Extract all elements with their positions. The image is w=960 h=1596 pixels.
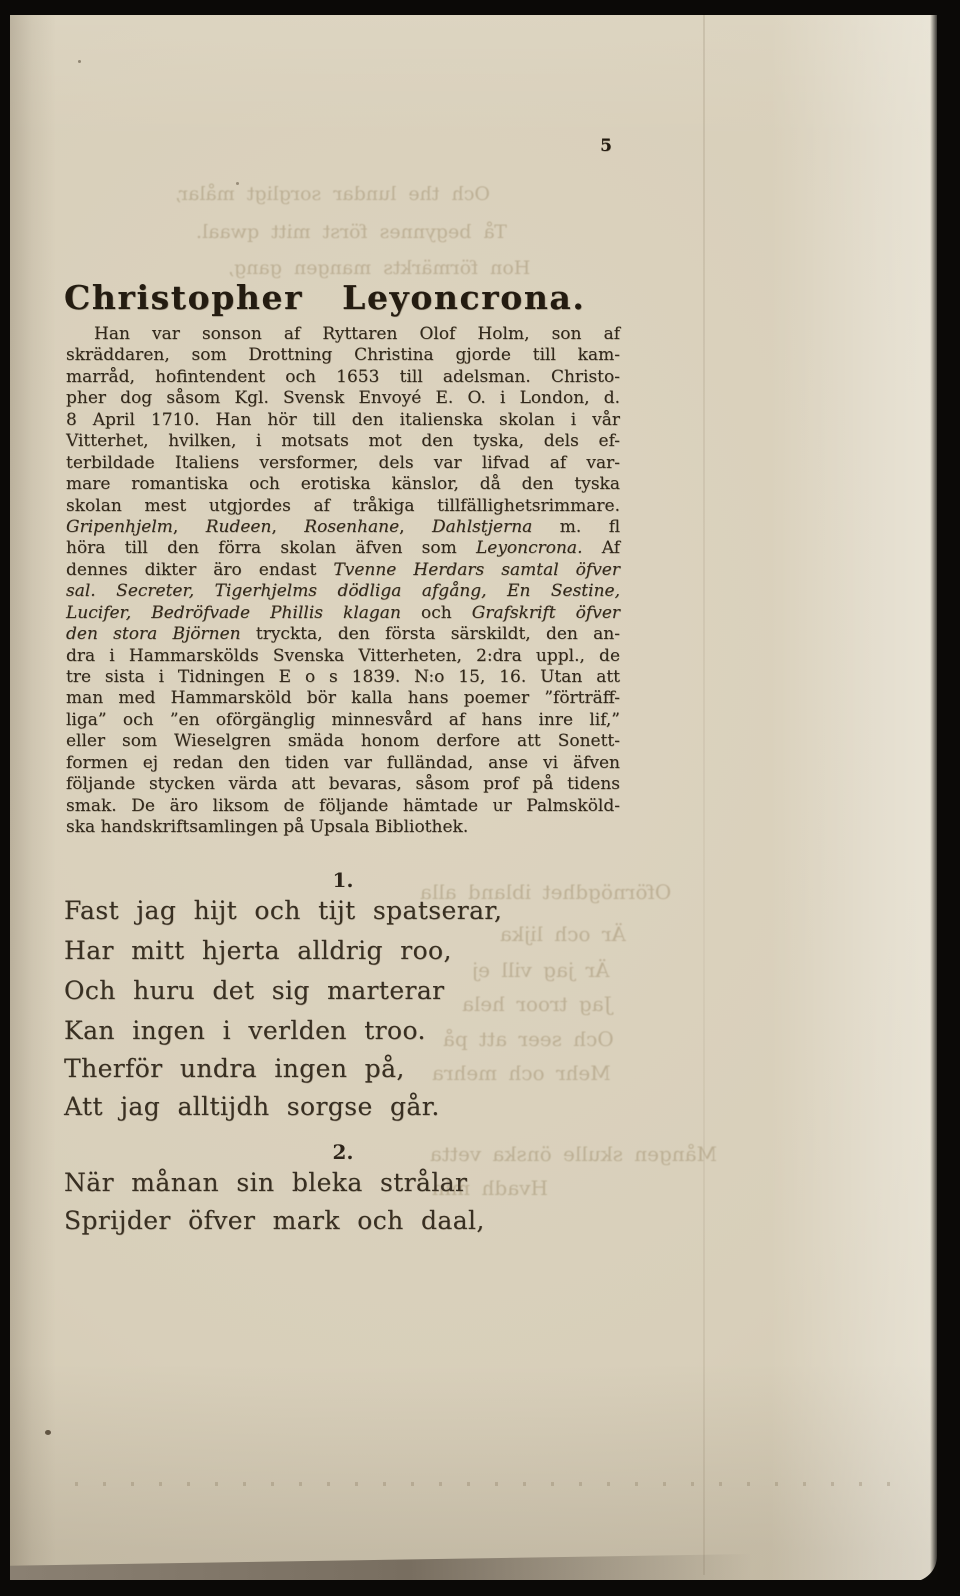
poem-number: 2. bbox=[66, 1140, 620, 1164]
text-segment: liga” och ”en oförgänglig minnesvård af … bbox=[66, 710, 620, 730]
verse-line: Kan ingen i verlden troo. bbox=[64, 1016, 684, 1045]
paragraph-line: Han var sonson af Ryttaren Olof Holm, so… bbox=[66, 324, 620, 345]
text-segment: Dahlstjerna bbox=[432, 517, 532, 537]
text-segment: skräddaren, som Drottning Christina gjor… bbox=[66, 345, 620, 365]
ghost-bleed-line: Och the lundar sorgligt målar, bbox=[175, 183, 490, 205]
text-segment: marråd, hofintendent och 1653 till adels… bbox=[66, 367, 620, 387]
scan-border-bottom bbox=[0, 1580, 960, 1596]
text-segment: tre sista i Tidningen E o s 1839. N:o 15… bbox=[66, 667, 620, 687]
verse-line: Sprijder öfver mark och daal, bbox=[64, 1206, 684, 1235]
text-segment: och bbox=[401, 603, 472, 623]
text-segment: , bbox=[271, 517, 304, 537]
paragraph-line: 8 April 1710. Han hör till den italiensk… bbox=[66, 410, 620, 431]
text-segment: Leyoncrona. bbox=[476, 538, 583, 558]
text-segment: sal. Secreter, Tigerhjelms dödliga afgån… bbox=[66, 581, 620, 601]
paragraph-line: följande stycken värda att bevaras, såso… bbox=[66, 774, 620, 795]
text-segment: Lucifer, Bedröfvade Phillis klagan bbox=[66, 603, 401, 623]
paragraph-line: skolan mest utgjordes af tråkiga tillfäl… bbox=[66, 496, 620, 517]
text-segment: höra till den förra skolan äfven som bbox=[66, 538, 476, 558]
scan-border-right bbox=[930, 0, 960, 1596]
page-number: 5 bbox=[586, 136, 626, 156]
text-segment: Rosenhane bbox=[304, 517, 399, 537]
paragraph-line: liga” och ”en oförgänglig minnesvård af … bbox=[66, 710, 620, 731]
paragraph-line: dennes dikter äro endast Tvenne Herdars … bbox=[66, 560, 620, 581]
paragraph-line: mare romantiska och erotiska känslor, då… bbox=[66, 474, 620, 495]
text-segment: eller som Wieselgren smäda honom derfore… bbox=[66, 731, 620, 751]
text-segment: dra i Hammarskölds Svenska Vitterheten, … bbox=[66, 646, 620, 666]
text-segment: skolan mest utgjordes af tråkiga tillfäl… bbox=[66, 496, 620, 516]
verse-line: Har mitt hjerta alldrig roo, bbox=[64, 936, 684, 965]
paragraph-line: tre sista i Tidningen E o s 1839. N:o 15… bbox=[66, 667, 620, 688]
paragraph-line: smak. De äro liksom de följande hämtade … bbox=[66, 796, 620, 817]
paper-crease bbox=[703, 15, 705, 1575]
paragraph-line: höra till den förra skolan äfven som Ley… bbox=[66, 538, 620, 559]
text-segment: 8 April 1710. Han hör till den italiensk… bbox=[66, 410, 620, 430]
ghost-bleed-line: Hon förmärkts mangen gang, bbox=[228, 257, 530, 279]
paragraph-line: sal. Secreter, Tigerhjelms dödliga afgån… bbox=[66, 581, 620, 602]
ghost-bleed-line: Tå begynnes först mitt qwaal. bbox=[196, 221, 507, 243]
text-segment: m. fl bbox=[532, 517, 620, 537]
ink-speck bbox=[78, 60, 81, 63]
text-segment: smak. De äro liksom de följande hämtade … bbox=[66, 796, 620, 816]
verse-line: När månan sin bleka strålar bbox=[64, 1168, 684, 1197]
page-title: Christopher Leyoncrona. bbox=[64, 278, 624, 317]
scan-border-top bbox=[0, 0, 960, 15]
text-segment: följande stycken värda att bevaras, såso… bbox=[66, 774, 620, 794]
verse-line: Therför undra ingen på, bbox=[64, 1054, 684, 1083]
biography-paragraph: Han var sonson af Ryttaren Olof Holm, so… bbox=[66, 324, 620, 839]
text-segment: pher dog såsom Kgl. Svensk Envoyé E. O. … bbox=[66, 388, 620, 408]
verse-line: Fast jag hijt och tijt spatserar, bbox=[64, 896, 684, 925]
text-segment: formen ej redan den tiden var fulländad,… bbox=[66, 753, 620, 773]
paragraph-line: Vitterhet, hvilken, i motsats mot den ty… bbox=[66, 431, 620, 452]
text-segment: Vitterhet, hvilken, i motsats mot den ty… bbox=[66, 431, 620, 451]
text-segment: Af bbox=[582, 538, 620, 558]
text-segment: Han var sonson af Ryttaren Olof Holm, so… bbox=[94, 324, 620, 344]
paragraph-line: Gripenhjelm, Rudeen, Rosenhane, Dahlstje… bbox=[66, 517, 620, 538]
text-segment: man med Hammarsköld bör kalla hans poeme… bbox=[66, 688, 620, 708]
text-segment: terbildade Italiens versformer, dels var… bbox=[66, 453, 620, 473]
paragraph-line: dra i Hammarskölds Svenska Vitterheten, … bbox=[66, 646, 620, 667]
verse-line: Att jag alltijdh sorgse går. bbox=[64, 1092, 684, 1121]
text-segment: , bbox=[173, 517, 206, 537]
text-segment: den stora Björnen bbox=[66, 624, 241, 644]
paragraph-line: den stora Björnen tryckta, den första sä… bbox=[66, 624, 620, 645]
text-segment: Rudeen bbox=[206, 517, 272, 537]
poem-number: 1. bbox=[66, 868, 620, 892]
text-segment: Grafskrift öfver bbox=[472, 603, 620, 623]
paragraph-line: skräddaren, som Drottning Christina gjor… bbox=[66, 345, 620, 366]
paragraph-line: terbildade Italiens versformer, dels var… bbox=[66, 453, 620, 474]
paragraph-line: pher dog såsom Kgl. Svensk Envoyé E. O. … bbox=[66, 388, 620, 409]
text-segment: mare romantiska och erotiska känslor, då… bbox=[66, 474, 620, 494]
text-segment: tryckta, den första särskildt, den an- bbox=[241, 624, 620, 644]
paragraph-line: Lucifer, Bedröfvade Phillis klagan och G… bbox=[66, 603, 620, 624]
paragraph-line: formen ej redan den tiden var fulländad,… bbox=[66, 753, 620, 774]
paragraph-line: ska handskriftsamlingen på Upsala Biblio… bbox=[66, 817, 620, 838]
verse-line: Och huru det sig marterar bbox=[64, 976, 684, 1005]
text-segment: Gripenhjelm bbox=[66, 517, 173, 537]
text-segment: , bbox=[399, 517, 432, 537]
book-scan-page: Och the lundar sorgligt målar, Tå begynn… bbox=[0, 0, 960, 1596]
text-segment: Tvenne Herdars samtal öfver bbox=[333, 560, 620, 580]
paragraph-line: man med Hammarsköld bör kalla hans poeme… bbox=[66, 688, 620, 709]
scan-border-left bbox=[0, 0, 10, 1596]
ink-speck bbox=[45, 1430, 51, 1435]
bleed-dot-row bbox=[75, 1482, 905, 1486]
ink-speck bbox=[236, 182, 239, 185]
paragraph-line: marråd, hofintendent och 1653 till adels… bbox=[66, 367, 620, 388]
paragraph-line: eller som Wieselgren smäda honom derfore… bbox=[66, 731, 620, 752]
text-segment: ska handskriftsamlingen på Upsala Biblio… bbox=[66, 817, 468, 837]
text-segment: dennes dikter äro endast bbox=[66, 560, 333, 580]
